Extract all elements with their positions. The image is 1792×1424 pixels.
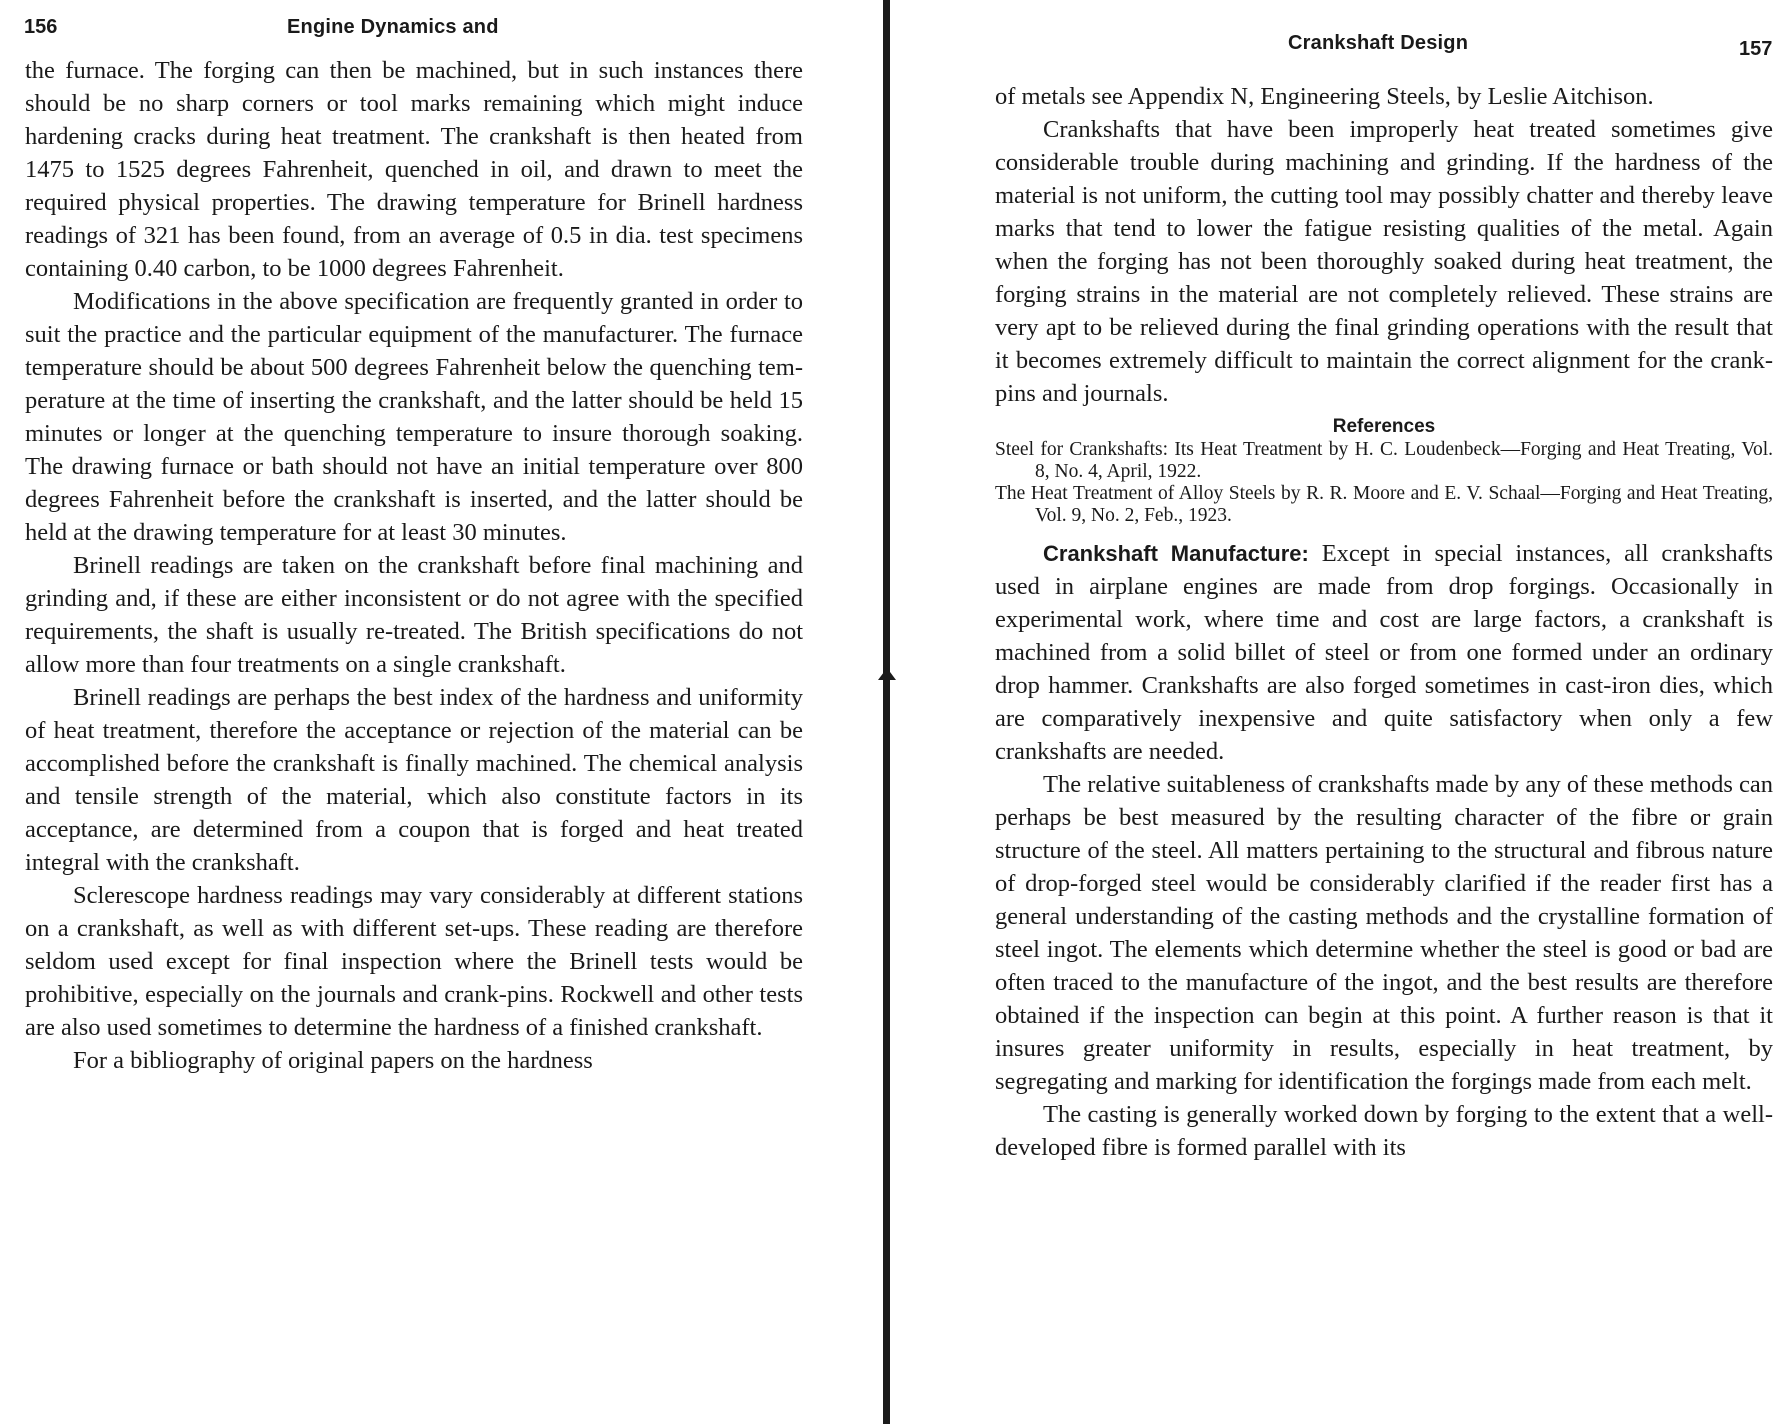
- paragraph: Modifications in the above specification…: [25, 285, 803, 549]
- paragraph: Crankshaft Manufacture: Except in specia…: [995, 537, 1773, 768]
- reference-item: Steel for Crankshafts: Its Heat Treatmen…: [995, 439, 1773, 483]
- reference-item: The Heat Treatment of Alloy Steels by R.…: [995, 483, 1773, 527]
- paragraph-text: Except in special instances, all cranksh…: [995, 540, 1773, 765]
- left-page: 156 Engine Dynamics and the furnace. The…: [0, 0, 880, 1424]
- paragraph: Brinell readings are taken on the cranks…: [25, 549, 803, 681]
- paragraph: Sclerescope hardness readings may vary c…: [25, 879, 803, 1044]
- running-head-left: Engine Dynamics and: [287, 16, 499, 39]
- page-number-right: 157: [1739, 38, 1772, 61]
- paragraph: For a bibliography of original papers on…: [25, 1044, 803, 1077]
- right-body-text: of metals see Appendix N, Engineering St…: [995, 80, 1773, 1164]
- running-head-right: Crankshaft Design: [1288, 32, 1468, 55]
- paragraph: Brinell readings are perhaps the best in…: [25, 681, 803, 879]
- section-heading: Crankshaft Manufacture:: [1043, 541, 1309, 566]
- references-block: References Steel for Crankshafts: Its He…: [995, 416, 1773, 527]
- paragraph: the furnace. The forging can then be mac…: [25, 54, 803, 285]
- left-body-text: the furnace. The forging can then be mac…: [25, 54, 803, 1077]
- paragraph: The relative suitableness of crankshafts…: [995, 768, 1773, 1098]
- right-page: Crankshaft Design 157 of metals see Appe…: [895, 0, 1792, 1424]
- references-title: References: [995, 416, 1773, 438]
- paragraph: Crankshafts that have been improperly he…: [995, 113, 1773, 410]
- paragraph: The casting is generally worked down by …: [995, 1098, 1773, 1164]
- page-number-left: 156: [24, 16, 57, 39]
- paragraph: of metals see Appendix N, Engineering St…: [995, 80, 1773, 113]
- binding-notch: [878, 668, 896, 680]
- book-binding-gutter: [883, 0, 890, 1424]
